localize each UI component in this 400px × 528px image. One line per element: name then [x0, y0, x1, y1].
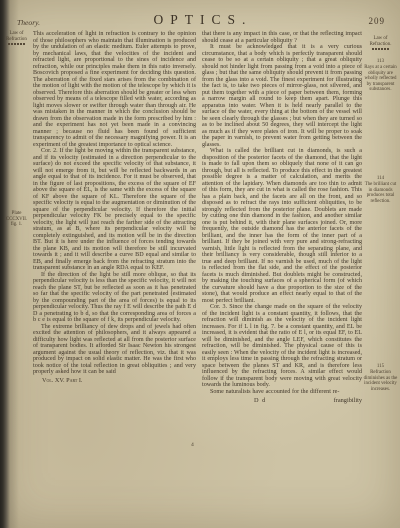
paragraph: The extreme brilliancy of dew drops and … — [33, 324, 196, 376]
margin-note-114: 114 The brilliant cut in diamonds produc… — [363, 176, 398, 204]
margin-note-rule — [372, 48, 389, 50]
margin-note-text: Law of Refraction. — [370, 36, 392, 47]
volume-imprint: Vol. XV. Part I. — [33, 377, 196, 384]
margin-note-text: Rays at a certain obliquity are wholly r… — [364, 65, 396, 92]
margin-note-law-of-refraction: Law of Refraction. — [363, 36, 398, 50]
margin-note-rule — [8, 43, 25, 45]
paragraph: What is called the brilliant cut in diam… — [202, 148, 362, 304]
paragraph: that there is any impact in this case, o… — [202, 31, 362, 44]
margin-note-number: 113 — [363, 59, 398, 65]
margin-note-plate-reference: Plate CCCXVII. fig. 1. — [2, 211, 31, 228]
left-column: This acceleration of light in refraction… — [33, 31, 196, 384]
margin-note-text: Plate CCCXVII. fig. 1. — [6, 211, 27, 227]
paragraph: Some naturalists have accounted for the … — [202, 389, 362, 396]
paragraph: If the direction of the light be still m… — [33, 272, 196, 324]
margin-note-text: Law of Refraction — [6, 31, 27, 42]
margin-note-text: Refraction diminishes as the incident ve… — [364, 370, 398, 392]
signature-line: D d frangibility — [202, 397, 362, 404]
paragraph: This acceleration of light in refraction… — [33, 31, 196, 148]
catchword: frangibility — [334, 397, 362, 404]
margin-note-number: 115 — [363, 364, 398, 370]
paragraph: Cor. 3. Since the change made on the squ… — [202, 304, 362, 389]
margin-note-113: 113 Rays at a certain obliquity are whol… — [363, 59, 398, 93]
margin-note-number: 114 — [363, 176, 398, 182]
running-head-section: Theory. — [17, 18, 40, 27]
page-title: OPTICS. — [154, 12, 253, 28]
book-page-scan: Theory. OPTICS. 209 Law of Refraction Pl… — [0, 0, 400, 528]
printer-signature: D d — [254, 397, 266, 404]
book-gutter-shadow — [0, 0, 20, 528]
paragraph: It must be acknowledged that it is a ver… — [202, 44, 362, 148]
margin-note-115: 115 Refraction diminishes as the inciden… — [363, 364, 398, 392]
margin-note-text: The brilliant cut in diamonds produces t… — [365, 182, 397, 204]
paragraph: Cor. 2. If the light be moving within th… — [33, 148, 196, 272]
right-column: that there is any impact in this case, o… — [202, 31, 362, 404]
margin-note-law-of-refraction: Law of Refraction — [2, 31, 31, 45]
page-number: 209 — [369, 16, 386, 26]
press-figure: 4 — [191, 442, 194, 448]
